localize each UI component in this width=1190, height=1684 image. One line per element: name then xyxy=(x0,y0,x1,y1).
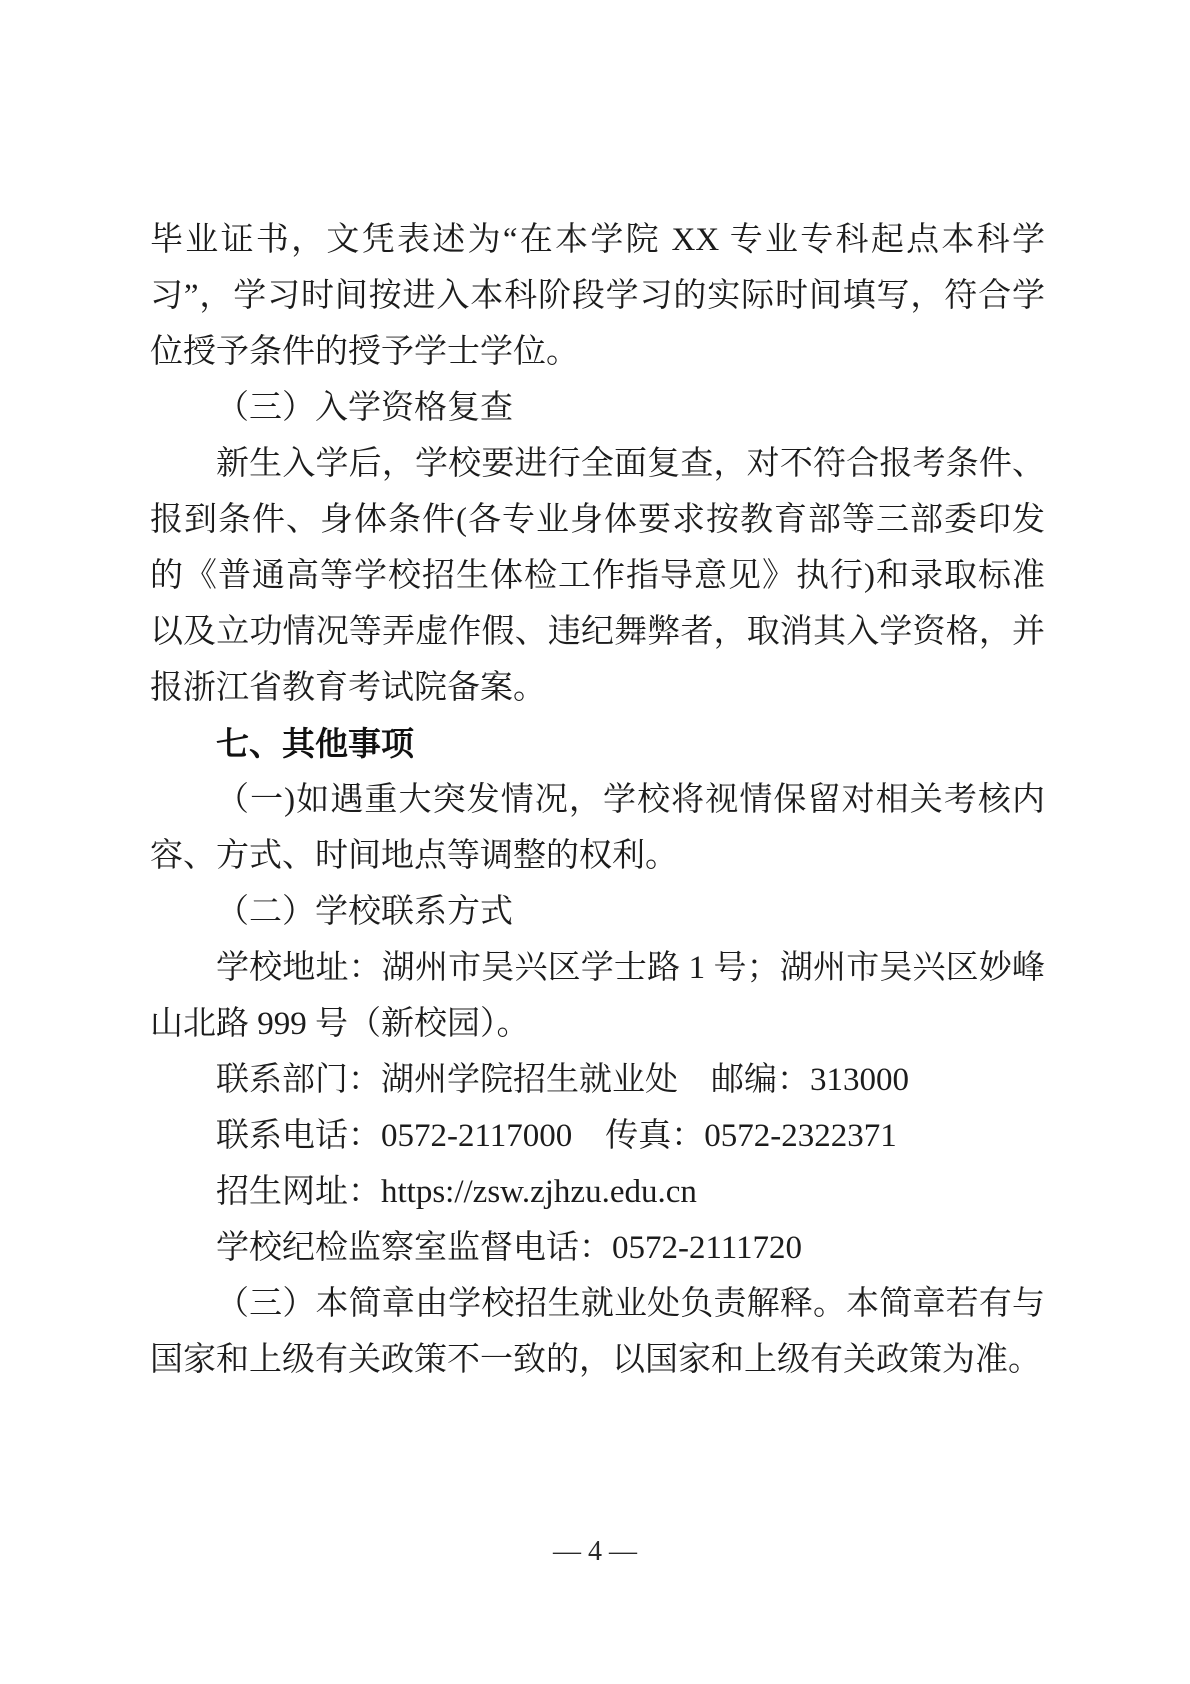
paragraph: （一)如遇重大突发情况，学校将视情保留对相关考核内容、方式、时间地点等调整的权利… xyxy=(150,772,1045,884)
paragraph: （三）本简章由学校招生就业处负责解释。本简章若有与国家和上级有关政策不一致的，以… xyxy=(150,1276,1045,1388)
document-page: 毕业证书，文凭表述为“在本学院 XX 专业专科起点本科学习”，学习时间按进入本科… xyxy=(0,0,1190,1684)
paragraph: 学校纪检监察室监督电话：0572-2111720 xyxy=(150,1220,1045,1276)
document-body: 毕业证书，文凭表述为“在本学院 XX 专业专科起点本科学习”，学习时间按进入本科… xyxy=(150,212,1045,1388)
paragraph: 新生入学后，学校要进行全面复查，对不符合报考条件、报到条件、身体条件(各专业身体… xyxy=(150,436,1045,716)
paragraph: （三）入学资格复查 xyxy=(150,380,1045,436)
paragraph: 联系电话：0572-2117000 传真：0572-2322371 xyxy=(150,1108,1045,1164)
paragraph: 招生网址：https://zsw.zjhzu.edu.cn xyxy=(150,1164,1045,1220)
section-heading: 七、其他事项 xyxy=(150,716,1045,772)
paragraph: 毕业证书，文凭表述为“在本学院 XX 专业专科起点本科学习”，学习时间按进入本科… xyxy=(150,212,1045,380)
paragraph: 学校地址：湖州市吴兴区学士路 1 号；湖州市吴兴区妙峰山北路 999 号（新校园… xyxy=(150,940,1045,1052)
page-number: — 4 — xyxy=(0,1534,1190,1570)
paragraph: （二）学校联系方式 xyxy=(150,884,1045,940)
paragraph: 联系部门：湖州学院招生就业处 邮编：313000 xyxy=(150,1052,1045,1108)
